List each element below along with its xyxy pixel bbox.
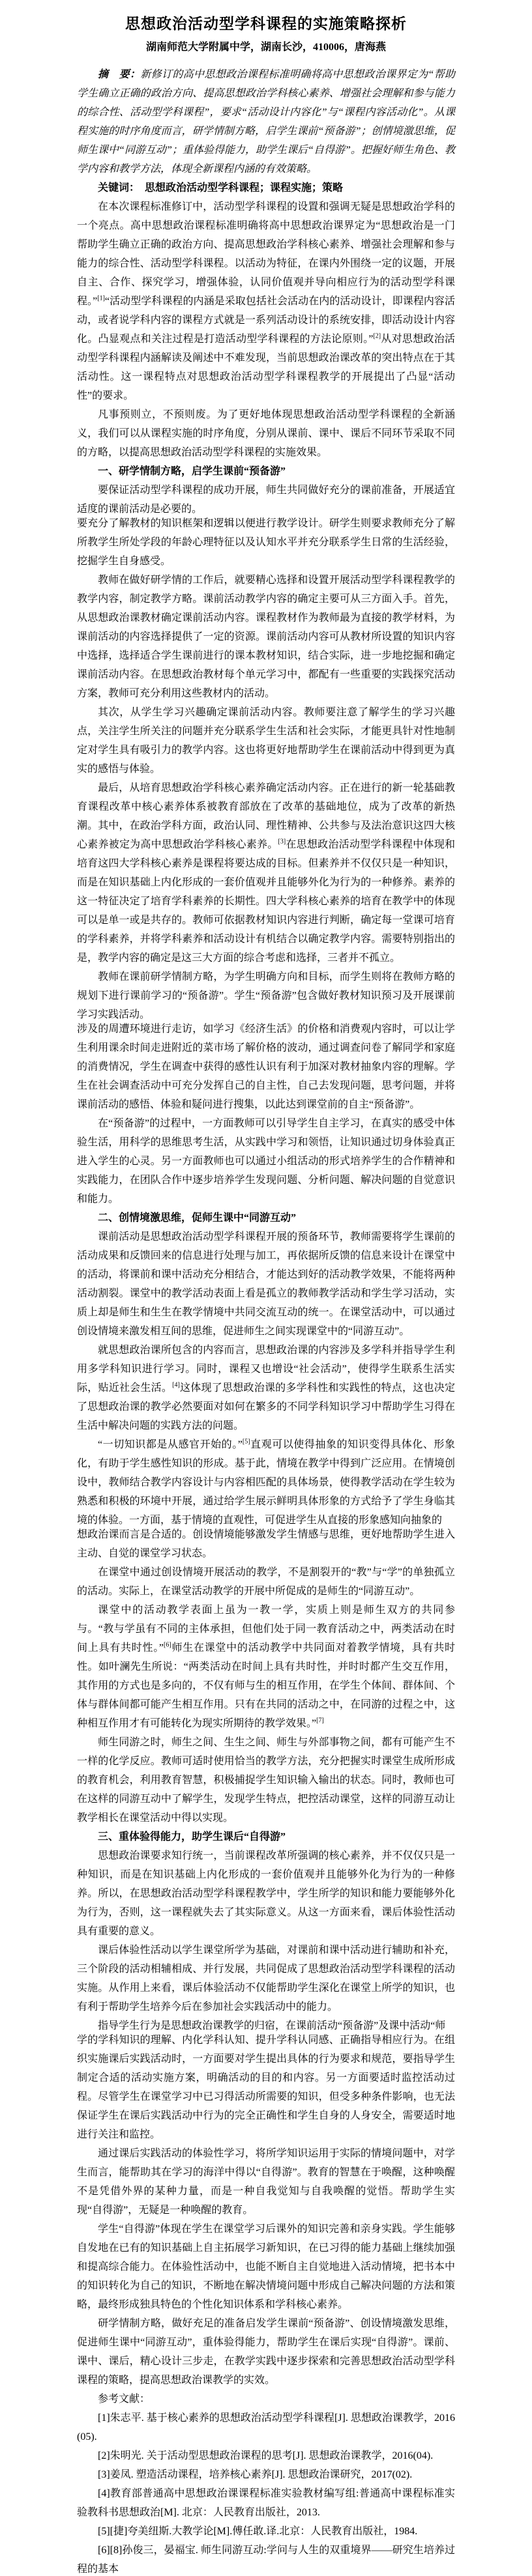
- reference-item: [6][8]孙俊三，晏福宝. 师生同游互动:学问与人生的双重境界——研究生培养过…: [77, 2541, 455, 2576]
- text-run: 通过课后实践活动的体验性学习，将所学知识运用于实际的情境问题中，对学生而言，能帮…: [77, 2148, 455, 2216]
- body-paragraph: 就思想政治课所包含的内容而言，思想政治课的内容涉及多学科并指导学生利用多学科知识…: [77, 1341, 455, 1435]
- document-page: 思想政治活动型学科课程的实施策略探析 湖南师范大学附属中学，湖南长沙，41000…: [0, 0, 532, 2576]
- article-body: 在本次课程标准修订中，活动型学科课程的设置和强调无疑是思想政治学科的一个亮点。高…: [77, 197, 455, 2390]
- text-run: 在“预备游”的过程中，一方面教师可以引导学生自主学习，在真实的感受中体验生活，用…: [77, 1118, 455, 1205]
- reference-item: [3]姜凤. 塑造活动课程，培养核心素养[J]. 思想政治课研究，2017(02…: [77, 2465, 455, 2484]
- text-run: 要充分了解教材的知识框架和逻辑以便进行教学设计。研学生则要求教师充分了解所教学生…: [77, 518, 455, 567]
- body-paragraph: 学的学科知识的理解、内化学科认知、提升学科认同感、正确指导相应行为。在组织实施课…: [77, 2031, 455, 2144]
- citation-superscript: [3]: [278, 838, 286, 846]
- body-paragraph: 通过课后实践活动的体验性学习，将所学知识运用于实际的情境问题中，对学生而言，能帮…: [77, 2144, 455, 2220]
- body-paragraph: 研学情制方略，做好充足的准备启发学生课前“预备游”、创设情境激发思维，促进师生课…: [77, 2314, 455, 2390]
- text-run: 课后体验性活动以学生课堂所学为基础，对课前和课中活动进行辅助和补充，三个阶段的活…: [77, 1945, 455, 2012]
- text-run: “一切知识都是从感官开始的。”: [98, 1439, 243, 1450]
- text-run: 涉及的周遭环境进行走访，如学习《经济生活》的价格和消费观内容时，可以让学生利用课…: [77, 1023, 455, 1110]
- text-run: 研学情制方略，做好充足的准备启发学生课前“预备游”、创设情境激发思维，促进师生课…: [77, 2318, 455, 2386]
- body-paragraph: 涉及的周遭环境进行走访，如学习《经济生活》的价格和消费观内容时，可以让学生利用课…: [77, 1020, 455, 1114]
- text-run: 思想政治课要求知行统一，当前课程改革所强调的核心素养，并不仅仅只是一种知识，而是…: [77, 1850, 455, 1937]
- section-heading: 一、研学情制方略，启学生课前“预备游”: [77, 462, 455, 481]
- body-paragraph: 在课堂中通过创设情境开展活动的教学，不是割裂开的“教”与“学”的单独孤立的活动。…: [77, 1563, 455, 1601]
- reference-item: [1]朱志平. 基于核心素养的思想政治活动型学科课程[J]. 思想政治课教学，2…: [77, 2409, 455, 2446]
- body-paragraph: 凡事预则立，不预则废。为了更好地体现思想政治活动型学科课程的全新涵义，我们可以从…: [77, 405, 455, 462]
- text-run: 教师在做好研学情的工作后，就要精心选择和设置开展活动型学科课程教学的教学内容，制…: [77, 575, 455, 699]
- author-affiliation-line: 湖南师范大学附属中学，湖南长沙，410006，唐海燕: [77, 38, 455, 57]
- citation-superscript: [1]: [97, 295, 105, 302]
- text-run: 在课堂中通过创设情境开展活动的教学，不是割裂开的“教”与“学”的单独孤立的活动。…: [77, 1567, 455, 1597]
- text-run: 在本次课程标准修订中，活动型学科课程的设置和强调无疑是思想政治学科的一个亮点。高…: [77, 201, 455, 307]
- body-paragraph: 思想政治课要求知行统一，当前课程改革所强调的核心素养，并不仅仅只是一种知识，而是…: [77, 1846, 455, 1941]
- article-content: 摘 要：新修订的高中思想政治课程标准明确将高中思想政治课界定为“帮助学生确立正确…: [77, 65, 455, 2576]
- body-paragraph: 在本次课程标准修订中，活动型学科课程的设置和强调无疑是思想政治学科的一个亮点。高…: [77, 197, 455, 405]
- text-run: 学的学科知识的理解、内化学科认知、提升学科认同感、正确指导相应行为。在组织实施课…: [77, 2035, 455, 2140]
- body-paragraph: 其次，从学生学习兴趣确定课前活动内容。教师要注意了解学生的学习兴趣点，关注学生所…: [77, 703, 455, 779]
- text-run: 学生“自得游”体现在学生在课堂学习后课外的知识完善和亲身实践。学生能够自发地在已…: [77, 2224, 455, 2310]
- body-paragraph: 教师在课前研学情制方略，为学生明确方向和目标，而学生则将在教师方略的规划下进行课…: [77, 967, 455, 1024]
- body-paragraph: 最后，从培育思想政治学科核心素养确定活动内容。正在进行的新一轮基础教育课程改革中…: [77, 779, 455, 967]
- text-run: 其次，从学生学习兴趣确定课前活动内容。教师要注意了解学生的学习兴趣点，关注学生所…: [77, 707, 455, 775]
- citation-superscript: [4]: [172, 1382, 180, 1389]
- text-run: 课前活动是思想政治活动型学科课程开展的预备环节，教师需要将学生课前的活动成果和反…: [77, 1231, 455, 1337]
- body-paragraph: 想政治课而言是合适的。创设情境能够激发学生情感与思维，更好地帮助学生进入主动、自…: [77, 1525, 455, 1563]
- reference-item: [5][捷]夸美纽斯.大教学论[M].傅任敢.译.北京：人民教育出版社，1984…: [77, 2522, 455, 2541]
- reference-list: [1]朱志平. 基于核心素养的思想政治活动型学科课程[J]. 思想政治课教学，2…: [77, 2409, 455, 2576]
- text-run: 一、研学情制方略，启学生课前“预备游”: [98, 466, 286, 477]
- abstract-text: 新修订的高中思想政治课程标准明确将高中思想政治课界定为“帮助学生确立正确的政治方…: [77, 69, 455, 175]
- body-paragraph: “一切知识都是从感官开始的。”[5]直观可以使得抽象的知识变得具体化、形象化，有…: [77, 1435, 455, 1530]
- abstract-paragraph: 摘 要：新修订的高中思想政治课程标准明确将高中思想政治课界定为“帮助学生确立正确…: [77, 65, 455, 179]
- text-run: 想政治课而言是合适的。创设情境能够激发学生情感与思维，更好地帮助学生进入主动、自…: [77, 1529, 455, 1559]
- body-paragraph: 在“预备游”的过程中，一方面教师可以引导学生自主学习，在真实的感受中体验生活，用…: [77, 1114, 455, 1209]
- text-run: 师生在课堂中的活动教学中共同面对着教学情境，具有共时性。如叶澜先生所说：“两类活…: [77, 1642, 455, 1729]
- reference-item: [4]教育部普通高中思想政治课课程标准实验教材编写组:普通高中课程标准实验教科书…: [77, 2484, 455, 2522]
- keywords-paragraph: 关键词：思想政治活动型学科课程；课程实施；策略: [77, 179, 455, 197]
- body-paragraph: 课堂中的活动教学表面上虽为一教一学，实质上则是师生双方的共同参与。“教与学虽有不…: [77, 1601, 455, 1733]
- citation-superscript: [6]: [164, 1642, 171, 1649]
- body-paragraph: 要充分了解教材的知识框架和逻辑以便进行教学设计。研学生则要求教师充分了解所教学生…: [77, 514, 455, 571]
- section-heading: 二、创情境激思维，促师生课中“同游互动”: [77, 1209, 455, 1227]
- references-heading: 参考文献：: [77, 2390, 455, 2409]
- section-heading: 三、重体验得能力，助学生课后“自得游”: [77, 1827, 455, 1846]
- keywords-text: 思想政治活动型学科课程；课程实施；策略: [145, 182, 343, 193]
- text-run: 凡事预则立，不预则废。为了更好地体现思想政治活动型学科课程的全新涵义，我们可以从…: [77, 409, 455, 458]
- text-run: 二、创情境激思维，促师生课中“同游互动”: [98, 1212, 296, 1224]
- text-run: 要保证活动型学科课程的成功开展，师生共同做好充分的课前准备，开展适宜适度的课前活…: [77, 485, 455, 515]
- text-run: 师生同游之时，师生之间、生生之间、师生与外部事物之间，都有可能产生不一样的化学反…: [77, 1737, 455, 1824]
- citation-superscript: [7]: [316, 1717, 324, 1724]
- citation-superscript: [5]: [243, 1438, 250, 1446]
- abstract-label: 摘 要：: [98, 69, 140, 80]
- text-run: 指导学生行为是思想政治课教学的归宿，在课前活动“预备游”及课中活动“师: [98, 2020, 445, 2031]
- body-paragraph: 学生“自得游”体现在学生在课堂学习后课外的知识完善和亲身实践。学生能够自发地在已…: [77, 2220, 455, 2314]
- keywords-label: 关键词：: [98, 182, 140, 193]
- text-run: 在思想政治活动型学科课程中体现和培育这四大学科核心素养是课程将要达成的目标。但素…: [77, 839, 455, 964]
- text-run: 教师在课前研学情制方略，为学生明确方向和目标，而学生则将在教师方略的规划下进行课…: [77, 971, 455, 1020]
- text-run: 三、重体验得能力，助学生课后“自得游”: [98, 1831, 286, 1842]
- reference-item: [2]朱明光. 关于活动型思想政治课程的思考[J]. 思想政治课教学，2016(…: [77, 2446, 455, 2465]
- text-run: 直观可以使得抽象的知识变得具体化、形象化，有助于学生感性知识的形成。基于此，情境…: [77, 1439, 455, 1526]
- body-paragraph: 要保证活动型学科课程的成功开展，师生共同做好充分的课前准备，开展适宜适度的课前活…: [77, 481, 455, 519]
- body-paragraph: 教师在做好研学情的工作后，就要精心选择和设置开展活动型学科课程教学的教学内容，制…: [77, 571, 455, 703]
- body-paragraph: 师生同游之时，师生之间、生生之间、师生与外部事物之间，都有可能产生不一样的化学反…: [77, 1733, 455, 1827]
- body-paragraph: 课前活动是思想政治活动型学科课程开展的预备环节，教师需要将学生课前的活动成果和反…: [77, 1227, 455, 1341]
- citation-superscript: [2]: [373, 333, 381, 340]
- body-paragraph: 课后体验性活动以学生课堂所学为基础，对课前和课中活动进行辅助和补充，三个阶段的活…: [77, 1941, 455, 2016]
- page-title: 思想政治活动型学科课程的实施策略探析: [77, 10, 455, 36]
